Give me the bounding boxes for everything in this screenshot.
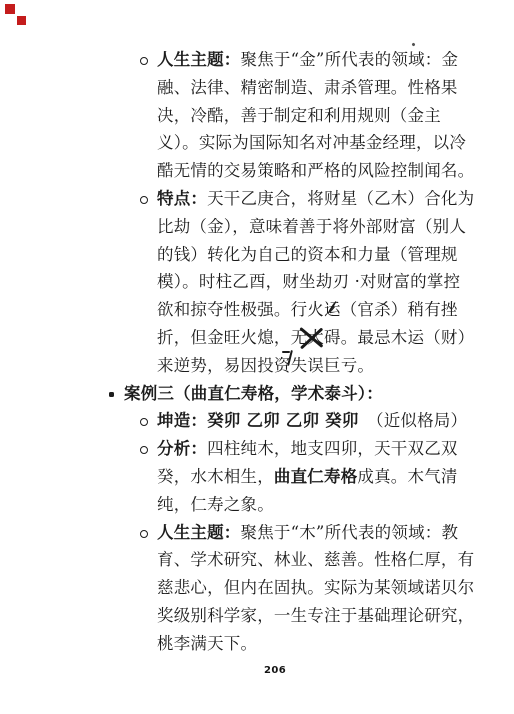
body-text: 义）。实际为国际知名对冲基金经理，以冷 — [157, 133, 466, 152]
body-text: 四柱纯木，地支四卯，天干双乙双 — [207, 439, 458, 458]
list-bullet-circle-icon — [140, 57, 148, 65]
text-line: 特点：天干乙庚合，将财星（乙木）合化为 — [157, 185, 514, 213]
list-bullet-circle-icon — [140, 530, 148, 538]
body-text: 癸，水木相生， — [157, 467, 274, 486]
list-bullet-circle-icon — [140, 418, 148, 426]
body-text: 成真。木气清 — [357, 467, 457, 486]
text-line: 决，冷酷，善于制定和利用规则（金主 — [157, 102, 514, 130]
text-line: 育、学术研究、林业、慈善。性格仁厚，有 — [157, 546, 514, 574]
text-line: 慈悲心，但内在固执。实际为某领域诺贝尔 — [157, 574, 514, 602]
list-bullet-circle-icon — [140, 446, 148, 454]
body-text: 决，冷酷，善于制定和利用规则（金主 — [157, 106, 441, 125]
text-line: 案例三（曲直仁寿格，学术泰斗）： — [124, 380, 514, 408]
body-text: 酷无情的交易策略和严格的风险控制闻名。 — [157, 161, 474, 180]
bold-text: 人生主题： — [157, 50, 241, 69]
document-page: 人生主题：聚焦于“金”所代表的领域：金融、法律、精密制造、肃杀管理。性格果决，冷… — [0, 0, 514, 714]
text-line: 人生主题：聚焦于“木”所代表的领域：教 — [157, 519, 514, 547]
body-text: 来逆势，易因投资失误巨亏。 — [157, 356, 374, 375]
bold-text: 曲直仁寿格 — [274, 467, 358, 486]
bold-text: 坤造：癸卯 乙卯 乙卯 癸卯 — [157, 411, 359, 430]
text-line: 纯，仁寿之象。 — [157, 491, 514, 519]
body-text: 桃李满天下。 — [157, 634, 257, 653]
text-line: 癸，水木相生，曲直仁寿格成真。木气清 — [157, 463, 514, 491]
text-line: 比劫（金），意味着善于将外部财富（别人 — [157, 213, 514, 241]
body-text: 聚焦于“木”所代表的领域：教 — [241, 523, 459, 542]
body-text: 比劫（金），意味着善于将外部财富（别人 — [157, 217, 466, 236]
text-line: 酷无情的交易策略和严格的风险控制闻名。 — [157, 157, 514, 185]
body-text: 天干乙庚合，将财星（乙木）合化为 — [207, 189, 474, 208]
body-text: 模）。时柱乙酉，财坐劫刃 ·对财富的掌控 — [157, 272, 460, 291]
body-text: 奖级别科学家，一生专注于基础理论研究， — [157, 606, 474, 625]
body-text: 纯，仁寿之象。 — [157, 495, 274, 514]
text-line: 折，但金旺火熄，无大碍。最忌木运（财） — [157, 324, 514, 352]
body-text: 的钱）转化为自己的资本和力量（管理规 — [157, 245, 458, 264]
text-line: 的钱）转化为自己的资本和力量（管理规 — [157, 241, 514, 269]
list-bullet-circle-icon — [140, 196, 148, 204]
red-corner-marker-icon — [17, 16, 26, 25]
list-bullet-dot-icon — [109, 392, 114, 397]
red-corner-marker-icon — [5, 4, 15, 14]
text-line: 奖级别科学家，一生专注于基础理论研究， — [157, 602, 514, 630]
bold-text: 特点： — [157, 189, 207, 208]
text-line: 义）。实际为国际知名对冲基金经理，以冷 — [157, 129, 514, 157]
body-text: 欲和掠夺性极强。行火运（官杀）稍有挫 — [157, 300, 458, 319]
text-line: 来逆势，易因投资失误巨亏。 — [157, 352, 514, 380]
text-line: 融、法律、精密制造、肃杀管理。性格果 — [157, 74, 514, 102]
text-line: 欲和掠夺性极强。行火运（官杀）稍有挫 — [157, 296, 514, 324]
text-line: 坤造：癸卯 乙卯 乙卯 癸卯 （近似格局） — [157, 407, 514, 435]
bold-text: 案例三（曲直仁寿格，学术泰斗）： — [124, 384, 383, 403]
text-line: 桃李满天下。 — [157, 630, 514, 658]
text-line: 人生主题：聚焦于“金”所代表的领域：金 — [157, 46, 514, 74]
body-text: 育、学术研究、林业、慈善。性格仁厚，有 — [157, 550, 474, 569]
body-text: 慈悲心，但内在固执。实际为某领域诺贝尔 — [157, 578, 474, 597]
text-line: 分析：四柱纯木，地支四卯，天干双乙双 — [157, 435, 514, 463]
body-text: 融、法律、精密制造、肃杀管理。性格果 — [157, 78, 458, 97]
page-number: 206 — [264, 665, 286, 676]
text-block: 人生主题：聚焦于“金”所代表的领域：金融、法律、精密制造、肃杀管理。性格果决，冷… — [0, 46, 514, 658]
body-text: 聚焦于“金”所代表的领域：金 — [241, 50, 459, 69]
text-line: 模）。时柱乙酉，财坐劫刃 ·对财富的掌控 — [157, 268, 514, 296]
body-text: （近似格局） — [359, 411, 468, 430]
bold-text: 分析： — [157, 439, 207, 458]
bold-text: 人生主题： — [157, 523, 241, 542]
